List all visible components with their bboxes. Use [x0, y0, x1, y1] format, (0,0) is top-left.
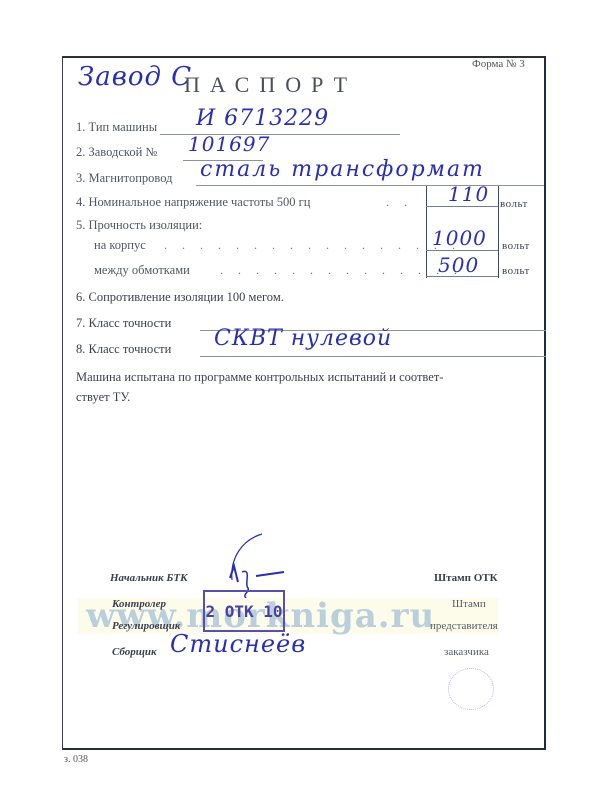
field-voltage-label: 4. Номинальное напряжение частоты 500 гц — [76, 195, 310, 210]
controller-label: Контролер — [112, 598, 166, 610]
customer-stamp-line-2: представителя — [430, 620, 498, 632]
field-accuracy-2-value[interactable]: СКВТ нулевой — [214, 326, 392, 351]
field-insulation-case-label: на корпус — [94, 238, 146, 253]
field-voltage-value[interactable]: 110 — [448, 182, 489, 206]
field-insulation-windings-value[interactable]: 500 — [438, 253, 479, 277]
dot-leader: . . . . . . . . . . . . . . . . . — [164, 238, 461, 253]
field-resistance-label: 6. Сопротивление изоляции 100 мегом. — [76, 290, 284, 305]
form-number: Форма № 3 — [472, 58, 525, 70]
field-accuracy-2-label: 8. Класс точности — [76, 342, 171, 357]
dot-leader: . . — [386, 195, 413, 210]
conclusion-line-2: ствует ТУ. — [76, 390, 130, 405]
customer-seal-icon — [448, 668, 494, 710]
document-title: ПАСПОРТ — [184, 72, 357, 98]
field-core-value[interactable]: сталь трансформат — [200, 157, 485, 182]
otk-stamp-label: Штамп ОТК — [434, 572, 498, 584]
otk-stamp: 2 ОТК 10 — [203, 590, 285, 632]
chief-signature-icon — [222, 528, 292, 598]
assembler-label: Сборщик — [112, 646, 157, 658]
field-insulation-windings-label: между обмотками — [94, 263, 190, 278]
factory-handwritten: Завод С — [78, 62, 192, 92]
conclusion-line-1: Машина испытана по программе контрольных… — [76, 370, 443, 385]
value-row-line-1 — [426, 206, 498, 207]
field-insulation-case-unit: вольт — [502, 240, 530, 252]
field-core-label: 3. Магнитопровод — [76, 171, 172, 186]
field-machine-type-label: 1. Тип машины — [76, 120, 157, 135]
field-accuracy-2-line — [200, 356, 546, 357]
customer-stamp-line-3: заказчика — [444, 646, 489, 658]
value-column-right-line — [498, 186, 499, 278]
chief-label: Начальник БТК — [110, 572, 188, 584]
field-machine-type-value[interactable]: И 6713229 — [196, 106, 329, 131]
assembler-signature: Стиснеёв — [170, 630, 306, 658]
customer-stamp-line-1: Штамп — [452, 598, 486, 610]
field-insulation-case-value[interactable]: 1000 — [432, 226, 487, 250]
footer-code: з. 038 — [64, 754, 88, 765]
dot-leader: . . . . . . . . . . . . . . — [220, 263, 463, 278]
field-serial-label: 2. Заводской № — [76, 145, 157, 160]
field-insulation-label: 5. Прочность изоляции: — [76, 218, 202, 233]
field-serial-value[interactable]: 101697 — [188, 132, 270, 156]
field-accuracy-1-label: 7. Класс точности — [76, 316, 171, 331]
field-voltage-unit: вольт — [500, 198, 528, 210]
field-insulation-windings-unit: вольт — [502, 265, 530, 277]
field-core-line — [196, 185, 544, 186]
